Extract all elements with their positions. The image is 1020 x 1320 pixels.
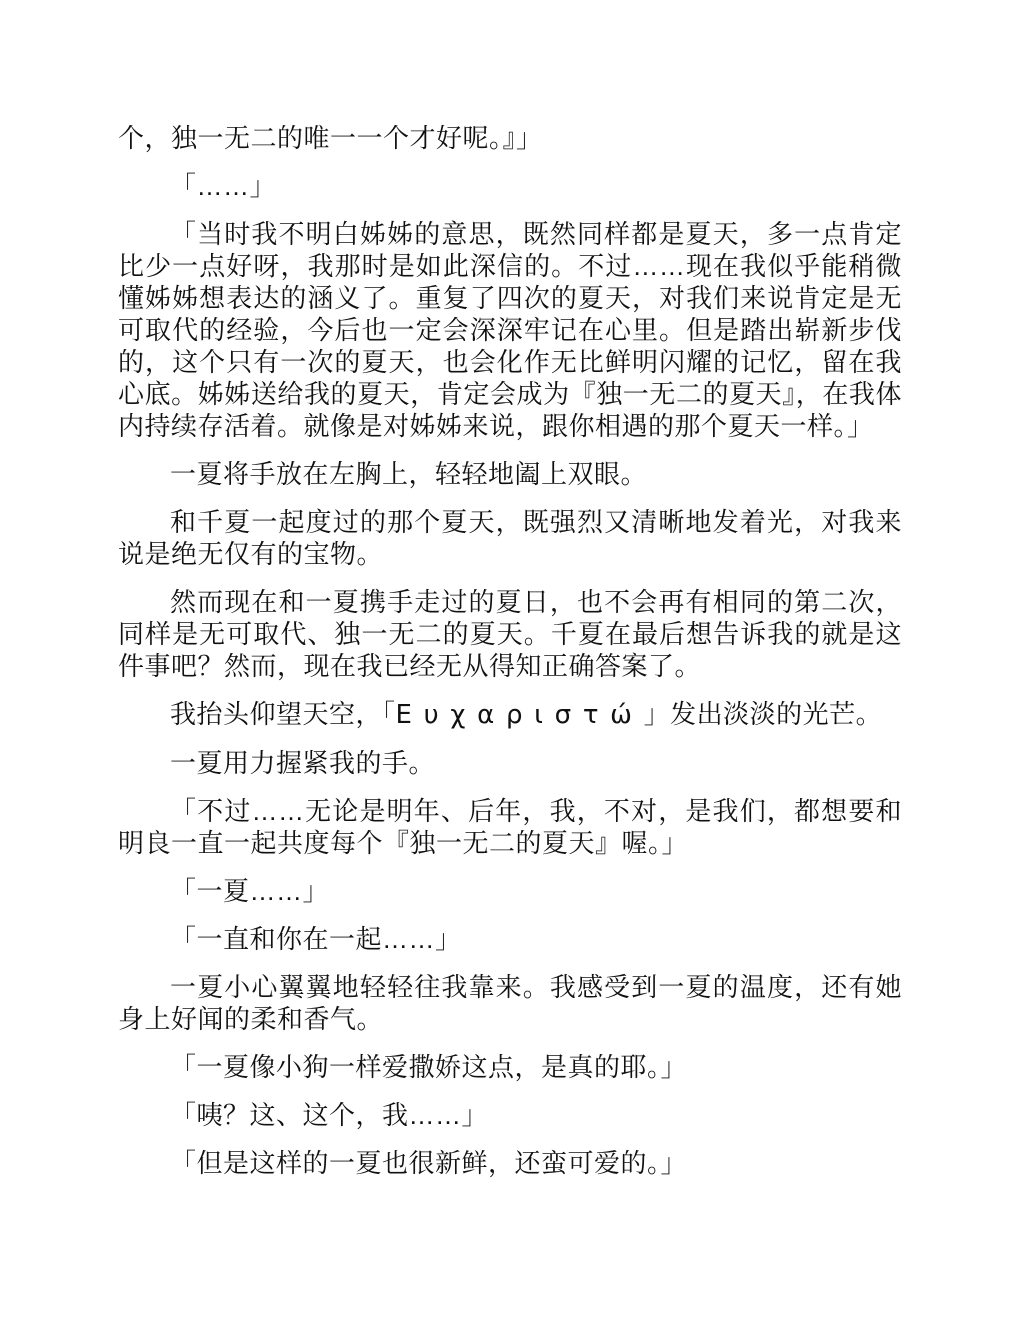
paragraph-dialogue: 「不过……无论是明年、后年，我，不对，是我们，都想要和明良一直一起共度每个『独一… xyxy=(118,795,902,859)
paragraph-dialogue: 「一夏像小狗一样爱撒娇这点，是真的耶。」 xyxy=(118,1051,902,1083)
paragraph-narration: 一夏小心翼翼地轻轻往我靠来。我感受到一夏的温度，还有她身上好闻的柔和香气。 xyxy=(118,971,902,1035)
greek-word: Ευχαριστώ xyxy=(396,700,644,730)
paragraph-narration: 一夏用力握紧我的手。 xyxy=(118,747,902,779)
paragraph-narration: 然而现在和一夏携手走过的夏日，也不会再有相同的第二次，同样是无可取代、独一无二的… xyxy=(118,586,902,682)
paragraph-dialogue: 「一直和你在一起……」 xyxy=(118,923,902,955)
paragraph-narration-greek: 我抬头仰望天空，「Ευχαριστώ」发出淡淡的光芒。 xyxy=(118,698,902,731)
paragraph-dialogue: 「但是这样的一夏也很新鲜，还蛮可爱的。」 xyxy=(118,1147,902,1179)
paragraph-dialogue-ellipsis: 「……」 xyxy=(118,170,902,202)
paragraph-narration: 和千夏一起度过的那个夏天，既强烈又清晰地发着光，对我来说是绝无仅有的宝物。 xyxy=(118,506,902,570)
paragraph-dialogue: 「一夏……」 xyxy=(118,875,902,907)
paragraph-dialogue-long: 「当时我不明白姊姊的意思，既然同样都是夏天，多一点肯定比少一点好呀，我那时是如此… xyxy=(118,218,902,442)
novel-text-page: 个，独一无二的唯一一个才好呢。』」 「……」 「当时我不明白姊姊的意思，既然同样… xyxy=(0,0,1020,1320)
paragraph-continuation: 个，独一无二的唯一一个才好呢。』」 xyxy=(118,122,902,154)
paragraph-narration: 一夏将手放在左胸上，轻轻地阖上双眼。 xyxy=(118,458,902,490)
greek-line-suffix: 」发出淡淡的光芒。 xyxy=(644,699,883,729)
paragraph-dialogue: 「咦？这、这个，我……」 xyxy=(118,1099,902,1131)
greek-line-prefix: 我抬头仰望天空，「 xyxy=(170,699,396,729)
